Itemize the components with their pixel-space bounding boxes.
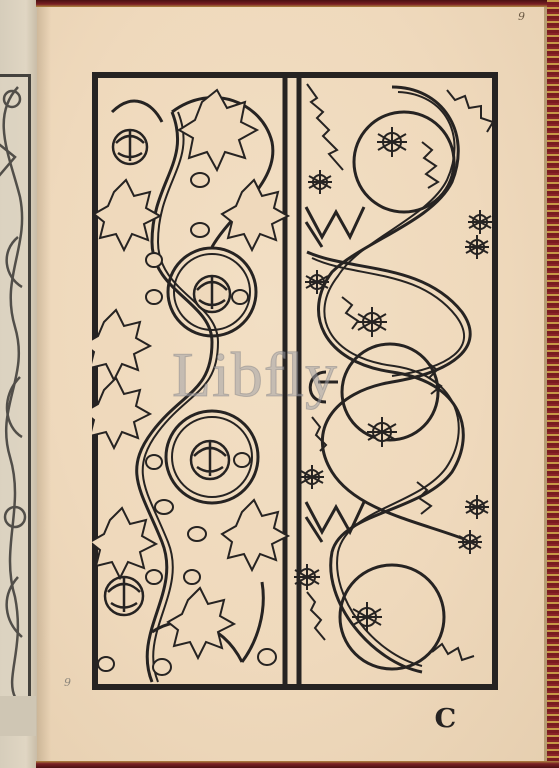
bottom-binding-edge: [36, 761, 559, 768]
page-number: 9: [518, 10, 525, 23]
right-binding-edge: [547, 0, 559, 768]
signature-mark: C: [434, 704, 456, 734]
facing-page-woodcut-frame: [0, 74, 31, 705]
top-binding-edge: [36, 0, 559, 7]
facing-page-vine-ornament: [0, 77, 28, 702]
facing-page-edge: [0, 696, 36, 736]
watermark-text: Libfly: [172, 338, 338, 412]
facing-page: [0, 0, 37, 768]
pencil-folio-mark: 9: [64, 676, 71, 689]
initial-w-upper: [306, 207, 364, 237]
initial-w-lower: [306, 502, 364, 532]
gutter-shadow: [37, 7, 51, 761]
